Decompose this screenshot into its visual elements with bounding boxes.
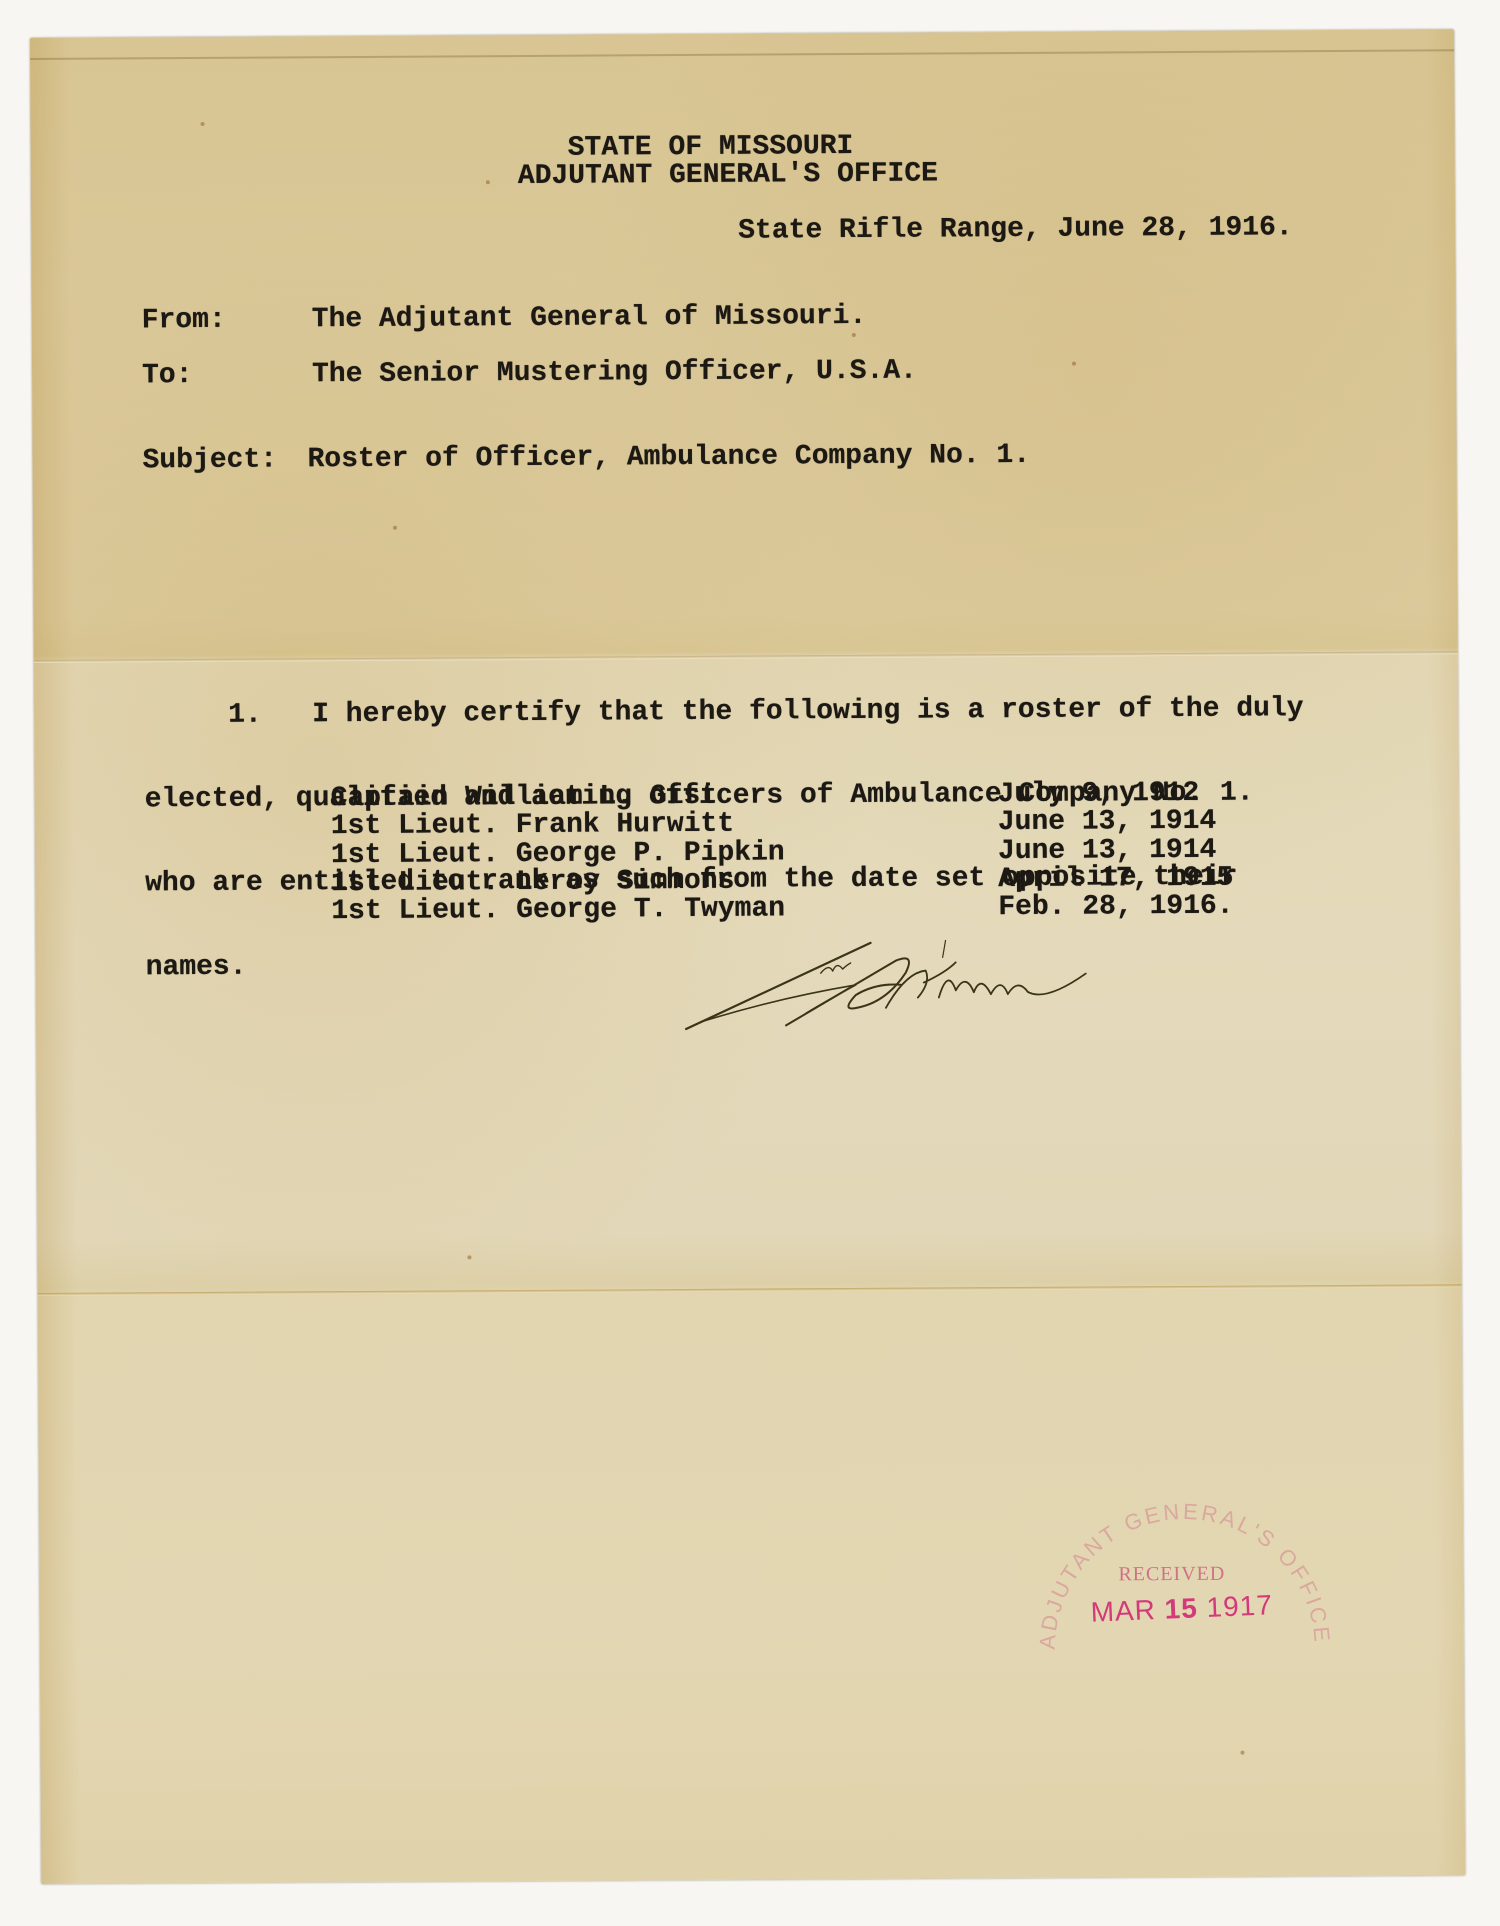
to-label: To: bbox=[142, 362, 193, 390]
paper-top-edge bbox=[30, 49, 1454, 60]
letterhead-office: ADJUTANT GENERAL'S OFFICE bbox=[518, 160, 938, 191]
stamp-month: MAR bbox=[1090, 1594, 1156, 1628]
rank-date: April 17, 1915 bbox=[998, 865, 1233, 894]
rank-date: July 9, 1912 bbox=[998, 780, 1200, 809]
officer-name: 1st Lieut. Frank Hurwitt bbox=[331, 811, 734, 841]
subject-value: Roster of Officer, Ambulance Company No.… bbox=[307, 442, 1030, 474]
subject-label: Subject: bbox=[143, 446, 278, 475]
rank-date: June 13, 1914 bbox=[998, 808, 1217, 837]
fold-line-lower bbox=[38, 1284, 1462, 1296]
received-stamp: ADJUTANT GENERAL'S OFFICE RECEIVED MAR 1… bbox=[1024, 1488, 1335, 1660]
rank-date: June 13, 1914 bbox=[998, 836, 1217, 865]
from-label: From: bbox=[142, 307, 226, 336]
paragraph-line: 1. I hereby certify that the following i… bbox=[144, 695, 1304, 730]
stamp-year: 1917 bbox=[1206, 1589, 1274, 1623]
stamp-received-label: RECEIVED bbox=[1118, 1563, 1225, 1587]
stamp-day: 15 bbox=[1164, 1592, 1198, 1624]
dateline: State Rifle Range, June 28, 1916. bbox=[738, 214, 1293, 245]
letter-page: STATE OF MISSOURI ADJUTANT GENERAL'S OFF… bbox=[30, 29, 1465, 1884]
handwritten-signature bbox=[655, 911, 1116, 1044]
from-value: The Adjutant General of Missouri. bbox=[312, 303, 867, 334]
to-value: The Senior Mustering Officer, U.S.A. bbox=[312, 358, 917, 390]
officer-roster: Captain William L. Gist July 9, 1912 1st… bbox=[331, 785, 332, 926]
